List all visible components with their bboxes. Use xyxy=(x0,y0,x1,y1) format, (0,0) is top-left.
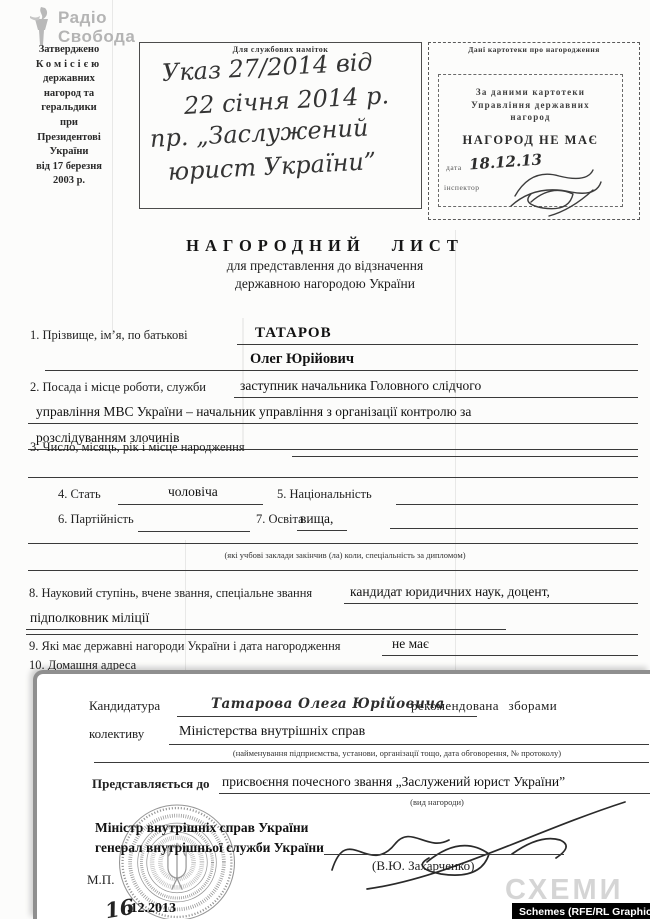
stamp-line: нагород xyxy=(439,111,622,124)
form-line xyxy=(237,344,638,345)
field8-value-line1: кандидат юридичних наук, доцент, xyxy=(350,584,550,600)
form-line xyxy=(382,655,638,656)
logo-line1: Радіо xyxy=(58,8,135,27)
document-subtitle-2: державною нагородою України xyxy=(0,276,650,292)
approval-line: Комісією xyxy=(17,58,121,73)
signature-line xyxy=(324,854,564,855)
collective-label: колективу xyxy=(89,726,144,742)
stamp-result: НАГОРОД НЕ МАЄ xyxy=(439,133,622,148)
form-line xyxy=(138,531,250,532)
document-subtitle-1: для представлення до відзначення xyxy=(0,258,650,274)
field1-surname: ТАТАРОВ xyxy=(255,325,332,342)
candidacy-label: Кандидатура xyxy=(89,698,160,714)
candidate-name: Татарова Олега Юрійовича xyxy=(211,696,445,712)
submission-label: Представляється до xyxy=(92,776,210,792)
field2-value-line1: заступник начальника Головного слідчого xyxy=(240,378,481,394)
credit-badge: Schemes (RFE/RL Graphics) xyxy=(512,903,650,919)
form-line xyxy=(344,603,638,604)
form-line xyxy=(118,504,263,505)
organization-caption: (найменування підприємства, установи, ор… xyxy=(167,748,627,758)
form-line xyxy=(177,716,477,717)
form-line xyxy=(94,762,649,763)
document-page: Радіо Свобода Затверджено Комісією держа… xyxy=(0,0,650,919)
field3-label: 3. Число, місяць, рік і місце народження xyxy=(30,440,245,455)
field1-label: 1. Прізвище, ім’я, по батькові xyxy=(30,328,188,343)
date-typed: .12.2013 xyxy=(127,901,176,917)
minister-title-line2: генерал внутрішньої служби України xyxy=(95,840,324,856)
form-line xyxy=(26,634,638,635)
document-title: НАГОРОДНИЙ ЛИСТ xyxy=(0,236,650,256)
approval-line: Затверджено xyxy=(17,43,121,58)
form-line xyxy=(28,570,638,571)
stamp-line: За даними картотеки xyxy=(439,86,622,99)
form-line xyxy=(28,423,638,424)
recommendation-overlay: Кандидатура Татарова Олега Юрійовича рек… xyxy=(33,670,650,919)
handwritten-decree-note: Указ 27/2014 від 22 січня 2014 р. пр. „З… xyxy=(148,57,389,189)
approval-line: нагород та xyxy=(17,87,121,102)
approval-line: державних xyxy=(17,72,121,87)
form-line xyxy=(45,370,638,371)
form-line xyxy=(297,530,347,531)
form-line xyxy=(292,456,638,457)
field9-label: 9. Які має державні нагороди України і д… xyxy=(29,639,341,654)
approval-line: 2003 р. xyxy=(17,174,121,189)
torch-icon xyxy=(28,6,55,46)
minister-title-line1: Міністр внутрішніх справ України xyxy=(95,820,308,836)
field8-value-line2: підполковник міліції xyxy=(30,610,149,626)
approval-line: Президентові xyxy=(17,131,121,146)
field1-given-names: Олег Юрійович xyxy=(250,351,354,368)
field4-value: чоловіча xyxy=(168,484,218,500)
approval-line: України xyxy=(17,145,121,160)
collective-value: Міністерства внутрішніх справ xyxy=(179,724,365,740)
radio-svoboda-wordmark: Радіо Свобода xyxy=(58,8,135,46)
inspector-signature-icon xyxy=(501,158,606,220)
inspector-label: інспектор xyxy=(444,183,480,192)
field6-label: 6. Партійність xyxy=(58,512,134,527)
field5-label: 5. Національність xyxy=(277,487,372,502)
field4-label: 4. Стать xyxy=(58,487,101,502)
field7-label: 7. Освіта xyxy=(256,512,304,527)
approval-line: при xyxy=(17,116,121,131)
form-line xyxy=(234,397,638,398)
education-caption: (які учбові заклади закінчив (ла) коли, … xyxy=(175,550,515,560)
form-line xyxy=(26,629,506,630)
card-index-box: Дані картотеки про нагородження За даним… xyxy=(428,42,640,220)
approval-note: Затверджено Комісією державних нагород т… xyxy=(17,43,121,189)
radio-svoboda-logo xyxy=(28,6,55,46)
form-line xyxy=(28,477,638,478)
signatory-name: (В.Ю. Захарченко) xyxy=(372,858,474,874)
seal-place-label: М.П. xyxy=(87,872,114,888)
date-label: дата xyxy=(446,163,462,172)
recommended-text: рекомендована зборами xyxy=(411,698,557,714)
form-line xyxy=(169,744,649,745)
stamp-line: Управління державних xyxy=(439,99,622,112)
form-line xyxy=(396,504,638,505)
card-index-header: Дані картотеки про нагородження xyxy=(429,45,639,54)
field2-value-line2: управління МВС України – начальник управ… xyxy=(36,404,471,420)
form-line xyxy=(28,543,638,544)
service-notes-box: Для службових наміток Указ 27/2014 від 2… xyxy=(139,42,422,209)
field2-label: 2. Посада і місце роботи, служби xyxy=(30,380,206,395)
approval-line: геральдики xyxy=(17,101,121,116)
field9-value: не має xyxy=(392,636,429,652)
field7-value: вища, xyxy=(300,511,333,527)
field8-label: 8. Науковий ступінь, вчене звання, спеці… xyxy=(29,586,312,601)
approval-line: від 17 березня xyxy=(17,160,121,175)
scan-artifact-line xyxy=(455,230,456,670)
form-line xyxy=(390,528,638,529)
submission-value: присвоєння почесного звання „Заслужений … xyxy=(222,774,565,790)
